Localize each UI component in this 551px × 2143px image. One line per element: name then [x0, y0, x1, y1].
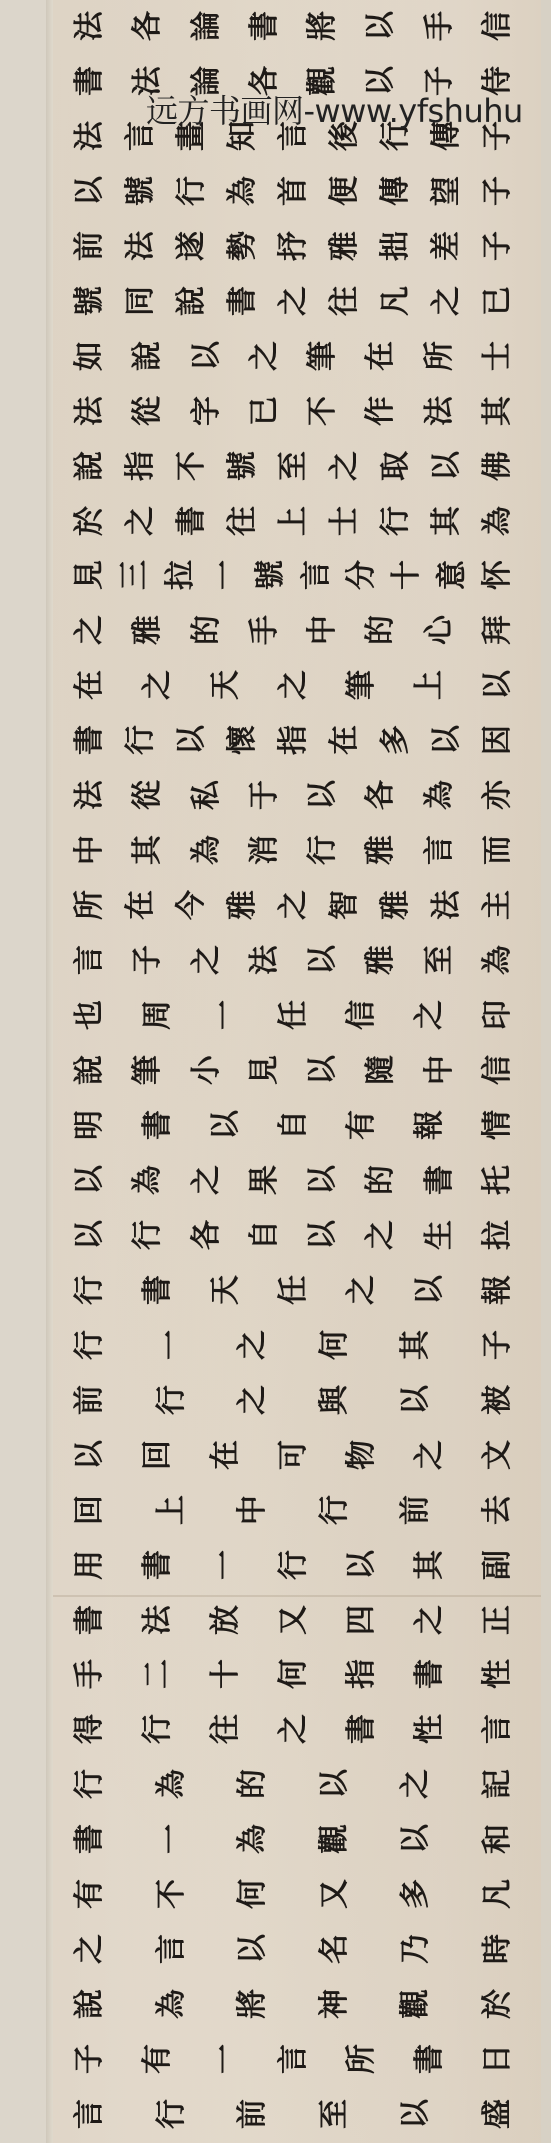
brush-character: 士	[472, 339, 516, 371]
calligraphy-column: 正之四又放法書	[70, 1602, 510, 1636]
brush-character: 筆	[336, 668, 380, 700]
brush-character: 行	[166, 174, 210, 206]
brush-character: 如	[64, 339, 108, 371]
brush-character: 回	[64, 1493, 108, 1525]
brush-character: 又	[268, 1603, 312, 1635]
brush-character: 以	[200, 1108, 244, 1140]
calligraphy-column: 時乃名以言之	[70, 1931, 510, 1965]
brush-character: 信	[472, 9, 516, 41]
brush-character: 一	[200, 2042, 244, 2074]
brush-character: 可	[268, 1438, 312, 1470]
brush-character: 以	[64, 1218, 108, 1250]
brush-character: 觀	[309, 1822, 353, 1854]
brush-character: 作	[355, 394, 399, 426]
calligraphy-column: 怀意十分言號一拉三見	[70, 557, 510, 591]
brush-character: 一	[200, 1548, 244, 1580]
brush-character: 名	[309, 1932, 353, 1964]
brush-character: 望	[421, 174, 465, 206]
brush-character: 主	[472, 888, 516, 920]
brush-character: 其	[122, 833, 166, 865]
brush-character: 手	[64, 1657, 108, 1689]
calligraphy-column: 日書所言一有子	[70, 2041, 510, 2075]
brush-character: 信	[472, 1053, 516, 1085]
brush-character: 前	[390, 1493, 434, 1525]
brush-character: 何	[309, 1328, 353, 1360]
brush-character: 至	[414, 943, 458, 975]
brush-character: 中	[227, 1493, 271, 1525]
brush-character: 至	[309, 2097, 353, 2129]
calligraphy-column: 文之物可在回以	[70, 1437, 510, 1471]
brush-character: 往	[319, 284, 363, 316]
calligraphy-column: 托書的以果之為以	[70, 1162, 510, 1196]
brush-character: 法	[414, 394, 458, 426]
brush-character: 行	[64, 1767, 108, 1799]
brush-character: 不	[297, 394, 341, 426]
brush-character: 拙	[370, 229, 414, 261]
brush-character: 為	[227, 1822, 271, 1854]
brush-character: 用	[64, 1548, 108, 1580]
brush-character: 取	[370, 449, 414, 481]
brush-character: 勢	[217, 229, 261, 261]
calligraphy-column: 和以觀為一書	[70, 1821, 510, 1855]
brush-character: 去	[472, 1493, 516, 1525]
brush-character: 雅	[217, 888, 261, 920]
brush-character: 在	[355, 339, 399, 371]
brush-character: 盛	[472, 2097, 516, 2129]
brush-character: 所	[414, 339, 458, 371]
brush-character: 雅	[370, 888, 414, 920]
brush-character: 號	[115, 174, 159, 206]
calligraphy-column: 情報有自以書明	[70, 1107, 510, 1141]
brush-character: 言	[414, 833, 458, 865]
brush-character: 雅	[355, 943, 399, 975]
brush-character: 之	[404, 1438, 448, 1470]
brush-character: 被	[472, 1383, 516, 1415]
calligraphy-column: 去前行中上回	[70, 1492, 510, 1526]
brush-character: 副	[472, 1548, 516, 1580]
brush-character: 物	[336, 1438, 380, 1470]
brush-character: 子	[472, 1328, 516, 1360]
brush-character: 以	[404, 1273, 448, 1305]
calligraphy-column: 其法作不已字從法	[70, 393, 510, 427]
brush-character: 四	[336, 1603, 380, 1635]
brush-character: 說	[64, 1053, 108, 1085]
calligraphy-column: 印之信任一周也	[70, 997, 510, 1031]
brush-character: 論	[181, 9, 225, 41]
brush-character: 為	[217, 174, 261, 206]
calligraphy-column: 因以多在指懷以行書	[70, 722, 510, 756]
calligraphy-column: 拉生之以自各行以	[70, 1217, 510, 1251]
brush-character: 已	[472, 284, 516, 316]
brush-character: 回	[132, 1438, 176, 1470]
brush-character: 一	[200, 998, 244, 1030]
brush-character: 書	[404, 1657, 448, 1689]
brush-character: 以	[390, 2097, 434, 2129]
brush-character: 子	[472, 174, 516, 206]
brush-character: 以	[336, 1548, 380, 1580]
calligraphy-column: 為其行士上往書之於	[70, 503, 510, 537]
brush-character: 行	[370, 504, 414, 536]
brush-character: 子	[122, 943, 166, 975]
brush-character: 書	[404, 2042, 448, 2074]
brush-character: 將	[297, 9, 341, 41]
brush-character: 之	[132, 668, 176, 700]
brush-character: 行	[115, 723, 159, 755]
brush-character: 以	[355, 9, 399, 41]
brush-character: 之	[239, 339, 283, 371]
brush-character: 不	[146, 1877, 190, 1909]
brush-character: 以	[297, 1163, 341, 1195]
brush-character: 信	[336, 998, 380, 1030]
brush-character: 之	[181, 943, 225, 975]
brush-character: 神	[309, 1987, 353, 2019]
brush-character: 書	[217, 284, 261, 316]
brush-character: 以	[297, 943, 341, 975]
brush-character: 書	[132, 1273, 176, 1305]
brush-character: 行	[309, 1493, 353, 1525]
brush-character: 為	[146, 1987, 190, 2019]
brush-character: 周	[132, 998, 176, 1030]
brush-character: 分	[336, 558, 380, 590]
brush-character: 與	[309, 1383, 353, 1415]
calligraphy-column: 報以之任天書行	[70, 1272, 510, 1306]
brush-character: 說	[64, 449, 108, 481]
brush-character: 行	[268, 1548, 312, 1580]
brush-character: 於	[64, 504, 108, 536]
brush-character: 號	[245, 558, 289, 590]
brush-character: 何	[227, 1877, 271, 1909]
brush-character: 十	[381, 558, 425, 590]
brush-character: 和	[472, 1822, 516, 1854]
brush-character: 一	[200, 558, 244, 590]
brush-character: 為	[472, 504, 516, 536]
brush-character: 多	[390, 1877, 434, 1909]
brush-character: 報	[472, 1273, 516, 1305]
brush-character: 中	[64, 833, 108, 865]
brush-character: 今	[166, 888, 210, 920]
brush-character: 之	[421, 284, 465, 316]
brush-character: 雅	[122, 613, 166, 645]
brush-character: 書	[64, 64, 108, 96]
brush-character: 心	[414, 613, 458, 645]
scroll-mount	[0, 0, 52, 2143]
brush-character: 之	[390, 1767, 434, 1799]
brush-character: 消	[239, 833, 283, 865]
brush-character: 小	[181, 1053, 225, 1085]
brush-character: 書	[336, 1712, 380, 1744]
calligraphy-column: 性書指何十二手	[70, 1656, 510, 1690]
brush-character: 差	[421, 229, 465, 261]
brush-character: 正	[472, 1603, 516, 1635]
brush-character: 性	[404, 1712, 448, 1744]
brush-character: 手	[414, 9, 458, 41]
brush-character: 生	[414, 1218, 458, 1250]
brush-character: 說	[122, 339, 166, 371]
brush-character: 之	[268, 668, 312, 700]
brush-character: 同	[115, 284, 159, 316]
brush-character: 于	[239, 778, 283, 810]
brush-character: 以	[297, 1218, 341, 1250]
brush-character: 之	[227, 1383, 271, 1415]
brush-character: 以	[64, 174, 108, 206]
calligraphy-column: 以上筆之天之在	[70, 667, 510, 701]
brush-character: 乃	[390, 1932, 434, 1964]
brush-character: 子	[472, 229, 516, 261]
brush-character: 三	[109, 558, 153, 590]
brush-character: 以	[309, 1767, 353, 1799]
brush-character: 何	[268, 1657, 312, 1689]
brush-character: 言	[64, 2097, 108, 2129]
brush-character: 情	[472, 1108, 516, 1140]
brush-character: 見	[239, 1053, 283, 1085]
brush-character: 也	[64, 998, 108, 1030]
watermark: 远方书画网-www.yfshuhu	[146, 86, 523, 132]
brush-character: 手	[239, 613, 283, 645]
brush-character: 之	[355, 1218, 399, 1250]
brush-character: 書	[166, 504, 210, 536]
brush-character: 往	[200, 1712, 244, 1744]
brush-character: 往	[217, 504, 261, 536]
brush-character: 以	[421, 449, 465, 481]
brush-character: 自	[268, 1108, 312, 1140]
brush-character: 在	[200, 1438, 244, 1470]
brush-character: 而	[472, 833, 516, 865]
brush-character: 言	[268, 2042, 312, 2074]
brush-character: 懷	[217, 723, 261, 755]
brush-character: 已	[239, 394, 283, 426]
brush-character: 行	[122, 1218, 166, 1250]
brush-character: 前	[227, 2097, 271, 2129]
brush-character: 性	[472, 1657, 516, 1689]
brush-character: 私	[181, 778, 225, 810]
brush-character: 之	[115, 504, 159, 536]
brush-character: 智	[319, 888, 363, 920]
brush-character: 雅	[355, 833, 399, 865]
brush-character: 之	[404, 998, 448, 1030]
brush-character: 一	[146, 1328, 190, 1360]
calligraphy-column: 為至雅以法之子言	[70, 942, 510, 976]
brush-character: 將	[227, 1987, 271, 2019]
brush-character: 前	[64, 229, 108, 261]
calligraphy-column: 副其以行一書用	[70, 1547, 510, 1581]
brush-character: 以	[166, 723, 210, 755]
brush-character: 法	[132, 1603, 176, 1635]
brush-character: 任	[268, 1273, 312, 1305]
brush-character: 天	[200, 1273, 244, 1305]
brush-character: 指	[115, 449, 159, 481]
brush-character: 前	[64, 1383, 108, 1415]
brush-character: 首	[268, 174, 312, 206]
brush-character: 為	[414, 778, 458, 810]
brush-character: 時	[472, 1932, 516, 1964]
brush-character: 指	[336, 1657, 380, 1689]
brush-character: 行	[146, 2097, 190, 2129]
brush-character: 又	[309, 1877, 353, 1909]
brush-character: 各	[181, 1218, 225, 1250]
calligraphy-column: 拜心的中手的雅之	[70, 612, 510, 646]
brush-character: 因	[472, 723, 516, 755]
brush-character: 書	[64, 723, 108, 755]
brush-character: 一	[146, 1822, 190, 1854]
brush-character: 號	[217, 449, 261, 481]
brush-character: 二	[132, 1657, 176, 1689]
brush-character: 印	[472, 998, 516, 1030]
brush-character: 放	[200, 1603, 244, 1635]
brush-character: 之	[64, 613, 108, 645]
brush-character: 以	[390, 1383, 434, 1415]
brush-character: 自	[239, 1218, 283, 1250]
brush-character: 亦	[472, 778, 516, 810]
brush-character: 中	[414, 1053, 458, 1085]
brush-character: 記	[472, 1767, 516, 1799]
brush-character: 為	[472, 943, 516, 975]
brush-character: 拜	[472, 613, 516, 645]
brush-character: 遂	[166, 229, 210, 261]
brush-character: 以	[181, 339, 225, 371]
brush-character: 法	[421, 888, 465, 920]
brush-character: 有	[64, 1877, 108, 1909]
brush-character: 凡	[472, 1877, 516, 1909]
brush-character: 的	[355, 1163, 399, 1195]
brush-character: 之	[268, 284, 312, 316]
calligraphy-column: 主法雅智之雅今在所	[70, 887, 510, 921]
paper-edge-right	[541, 0, 551, 2143]
brush-character: 筆	[297, 339, 341, 371]
brush-character: 傳	[370, 174, 414, 206]
calligraphy-column: 言性書之往行得	[70, 1711, 510, 1745]
brush-character: 其	[390, 1328, 434, 1360]
brush-character: 筆	[122, 1053, 166, 1085]
brush-character: 上	[146, 1493, 190, 1525]
brush-character: 之	[336, 1273, 380, 1305]
brush-character: 法	[115, 229, 159, 261]
brush-character: 之	[404, 1603, 448, 1635]
calligraphy-column: 子差拙雅抒勢遂法前	[70, 228, 510, 262]
brush-character: 至	[268, 449, 312, 481]
brush-character: 言	[146, 1932, 190, 1964]
brush-character: 行	[64, 1328, 108, 1360]
brush-character: 之	[227, 1328, 271, 1360]
brush-character: 士	[319, 504, 363, 536]
calligraphy-column: 凡多又何不有	[70, 1876, 510, 1910]
brush-character: 從	[122, 778, 166, 810]
brush-character: 天	[200, 668, 244, 700]
brush-character: 行	[64, 1273, 108, 1305]
calligraphy-column: 子其何之一行	[70, 1327, 510, 1361]
brush-character: 號	[64, 284, 108, 316]
calligraphy-column: 記之以的為行	[70, 1766, 510, 1800]
brush-character: 抒	[268, 229, 312, 261]
brush-character: 書	[239, 9, 283, 41]
brush-character: 觀	[390, 1987, 434, 2019]
brush-character: 以	[472, 668, 516, 700]
brush-character: 有	[336, 1108, 380, 1140]
brush-character: 指	[268, 723, 312, 755]
brush-character: 行	[132, 1712, 176, 1744]
brush-character: 的	[181, 613, 225, 645]
brush-character: 以	[64, 1163, 108, 1195]
brush-character: 文	[472, 1438, 516, 1470]
brush-character: 說	[166, 284, 210, 316]
brush-character: 法	[64, 394, 108, 426]
brush-character: 在	[64, 668, 108, 700]
brush-character: 法	[239, 943, 283, 975]
calligraphy-column: 士所在筆之以說如	[70, 338, 510, 372]
brush-character: 便	[319, 174, 363, 206]
brush-character: 書	[132, 1108, 176, 1140]
brush-character: 為	[181, 833, 225, 865]
brush-character: 以	[390, 1822, 434, 1854]
brush-character: 之	[268, 1712, 312, 1744]
brush-character: 有	[132, 2042, 176, 2074]
calligraphy-column: 於觀神將為說	[70, 1986, 510, 2020]
brush-character: 法	[64, 778, 108, 810]
brush-character: 中	[297, 613, 341, 645]
brush-character: 書	[64, 1603, 108, 1635]
brush-character: 多	[370, 723, 414, 755]
brush-character: 各	[355, 778, 399, 810]
brush-character: 任	[268, 998, 312, 1030]
brush-character: 上	[404, 668, 448, 700]
brush-character: 所	[336, 2042, 380, 2074]
brush-character: 的	[355, 613, 399, 645]
brush-character: 凡	[370, 284, 414, 316]
brush-character: 在	[115, 888, 159, 920]
calligraphy-column: 盛以至前行言	[70, 2096, 510, 2130]
brush-character: 拉	[472, 1218, 516, 1250]
calligraphy-column: 已之凡往之書說同號	[70, 283, 510, 317]
brush-character: 字	[181, 394, 225, 426]
brush-character: 言	[64, 943, 108, 975]
brush-character: 拉	[155, 558, 199, 590]
calligraphy-column: 子望傳便首為行號以	[70, 173, 510, 207]
calligraphy-column: 佛以取之至號不指說	[70, 448, 510, 482]
brush-character: 其	[421, 504, 465, 536]
brush-character: 之	[268, 888, 312, 920]
brush-character: 在	[319, 723, 363, 755]
brush-character: 言	[291, 558, 335, 590]
brush-character: 為	[146, 1767, 190, 1799]
brush-character: 隨	[355, 1053, 399, 1085]
calligraphy-column: 而言雅行消為其中	[70, 832, 510, 866]
brush-character: 明	[64, 1108, 108, 1140]
brush-character: 以	[64, 1438, 108, 1470]
brush-character: 以	[421, 723, 465, 755]
brush-character: 果	[239, 1163, 283, 1195]
brush-character: 書	[132, 1548, 176, 1580]
calligraphy-column: 信中隨以見小筆說	[70, 1052, 510, 1086]
brush-character: 之	[319, 449, 363, 481]
calligraphy-column: 亦為各以于私從法	[70, 777, 510, 811]
brush-character: 法	[64, 9, 108, 41]
brush-character: 佛	[472, 449, 516, 481]
brush-character: 為	[122, 1163, 166, 1195]
brush-character: 雅	[319, 229, 363, 261]
brush-character: 怀	[472, 558, 516, 590]
brush-character: 之	[181, 1163, 225, 1195]
brush-character: 說	[64, 1987, 108, 2019]
brush-character: 從	[122, 394, 166, 426]
calligraphy-column: 信手以將書論各法	[70, 8, 510, 42]
brush-character: 行	[146, 1383, 190, 1415]
brush-character: 其	[404, 1548, 448, 1580]
brush-character: 法	[64, 119, 108, 151]
calligraphy-column: 被以與之行前	[70, 1382, 510, 1416]
brush-character: 報	[404, 1108, 448, 1140]
brush-character: 以	[227, 1932, 271, 1964]
brush-character: 上	[268, 504, 312, 536]
brush-character: 得	[64, 1712, 108, 1744]
